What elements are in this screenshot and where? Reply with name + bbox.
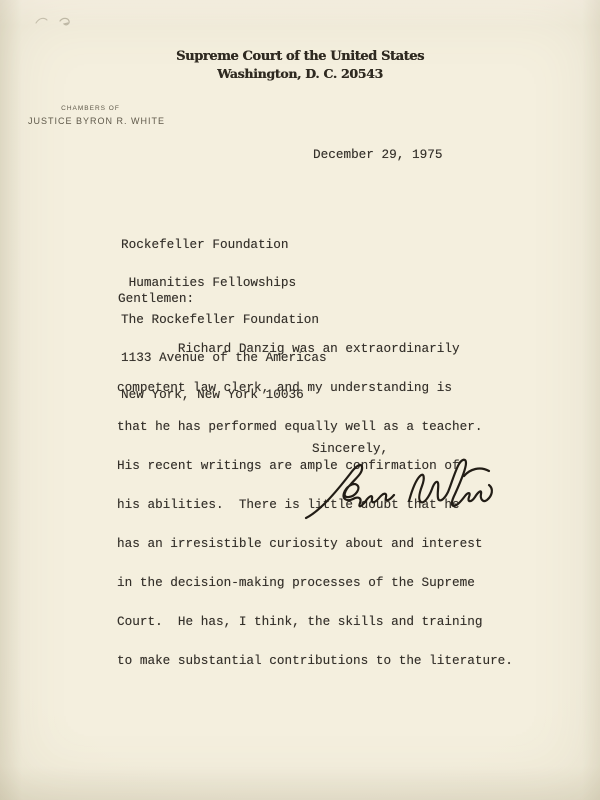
address-line: Humanities Fellowships [121,277,327,290]
scanned-letter-page: Supreme Court of the United States Washi… [0,0,600,800]
body-line: Court. He has, I think, the skills and t… [117,615,513,628]
body-line: competent law clerk, and my understandin… [117,381,513,394]
chambers-block: CHAMBERS OF JUSTICE BYRON R. WHITE [28,105,153,127]
body-line: that he has performed equally well as a … [117,420,513,433]
pencil-scribble [30,10,82,32]
letterhead-city-zip: Washington, D. C. 20543 [0,66,600,81]
letterhead: Supreme Court of the United States Washi… [0,49,600,81]
chambers-of-label: CHAMBERS OF [28,105,153,113]
salutation: Gentlemen: [118,292,194,305]
body-line: to make substantial contributions to the… [117,654,513,667]
body-line: in the decision-making processes of the … [117,576,513,589]
closing: Sincerely, [312,442,388,455]
signature-ink [296,456,496,546]
letter-date: December 29, 1975 [313,148,442,161]
signature-byron-white: Byron White [296,456,496,546]
address-line: Rockefeller Foundation [121,239,327,252]
justice-name-label: JUSTICE BYRON R. WHITE [28,116,153,127]
letterhead-court-name: Supreme Court of the United States [0,49,600,65]
body-line: Richard Danzig was an extraordinarily [117,342,513,355]
